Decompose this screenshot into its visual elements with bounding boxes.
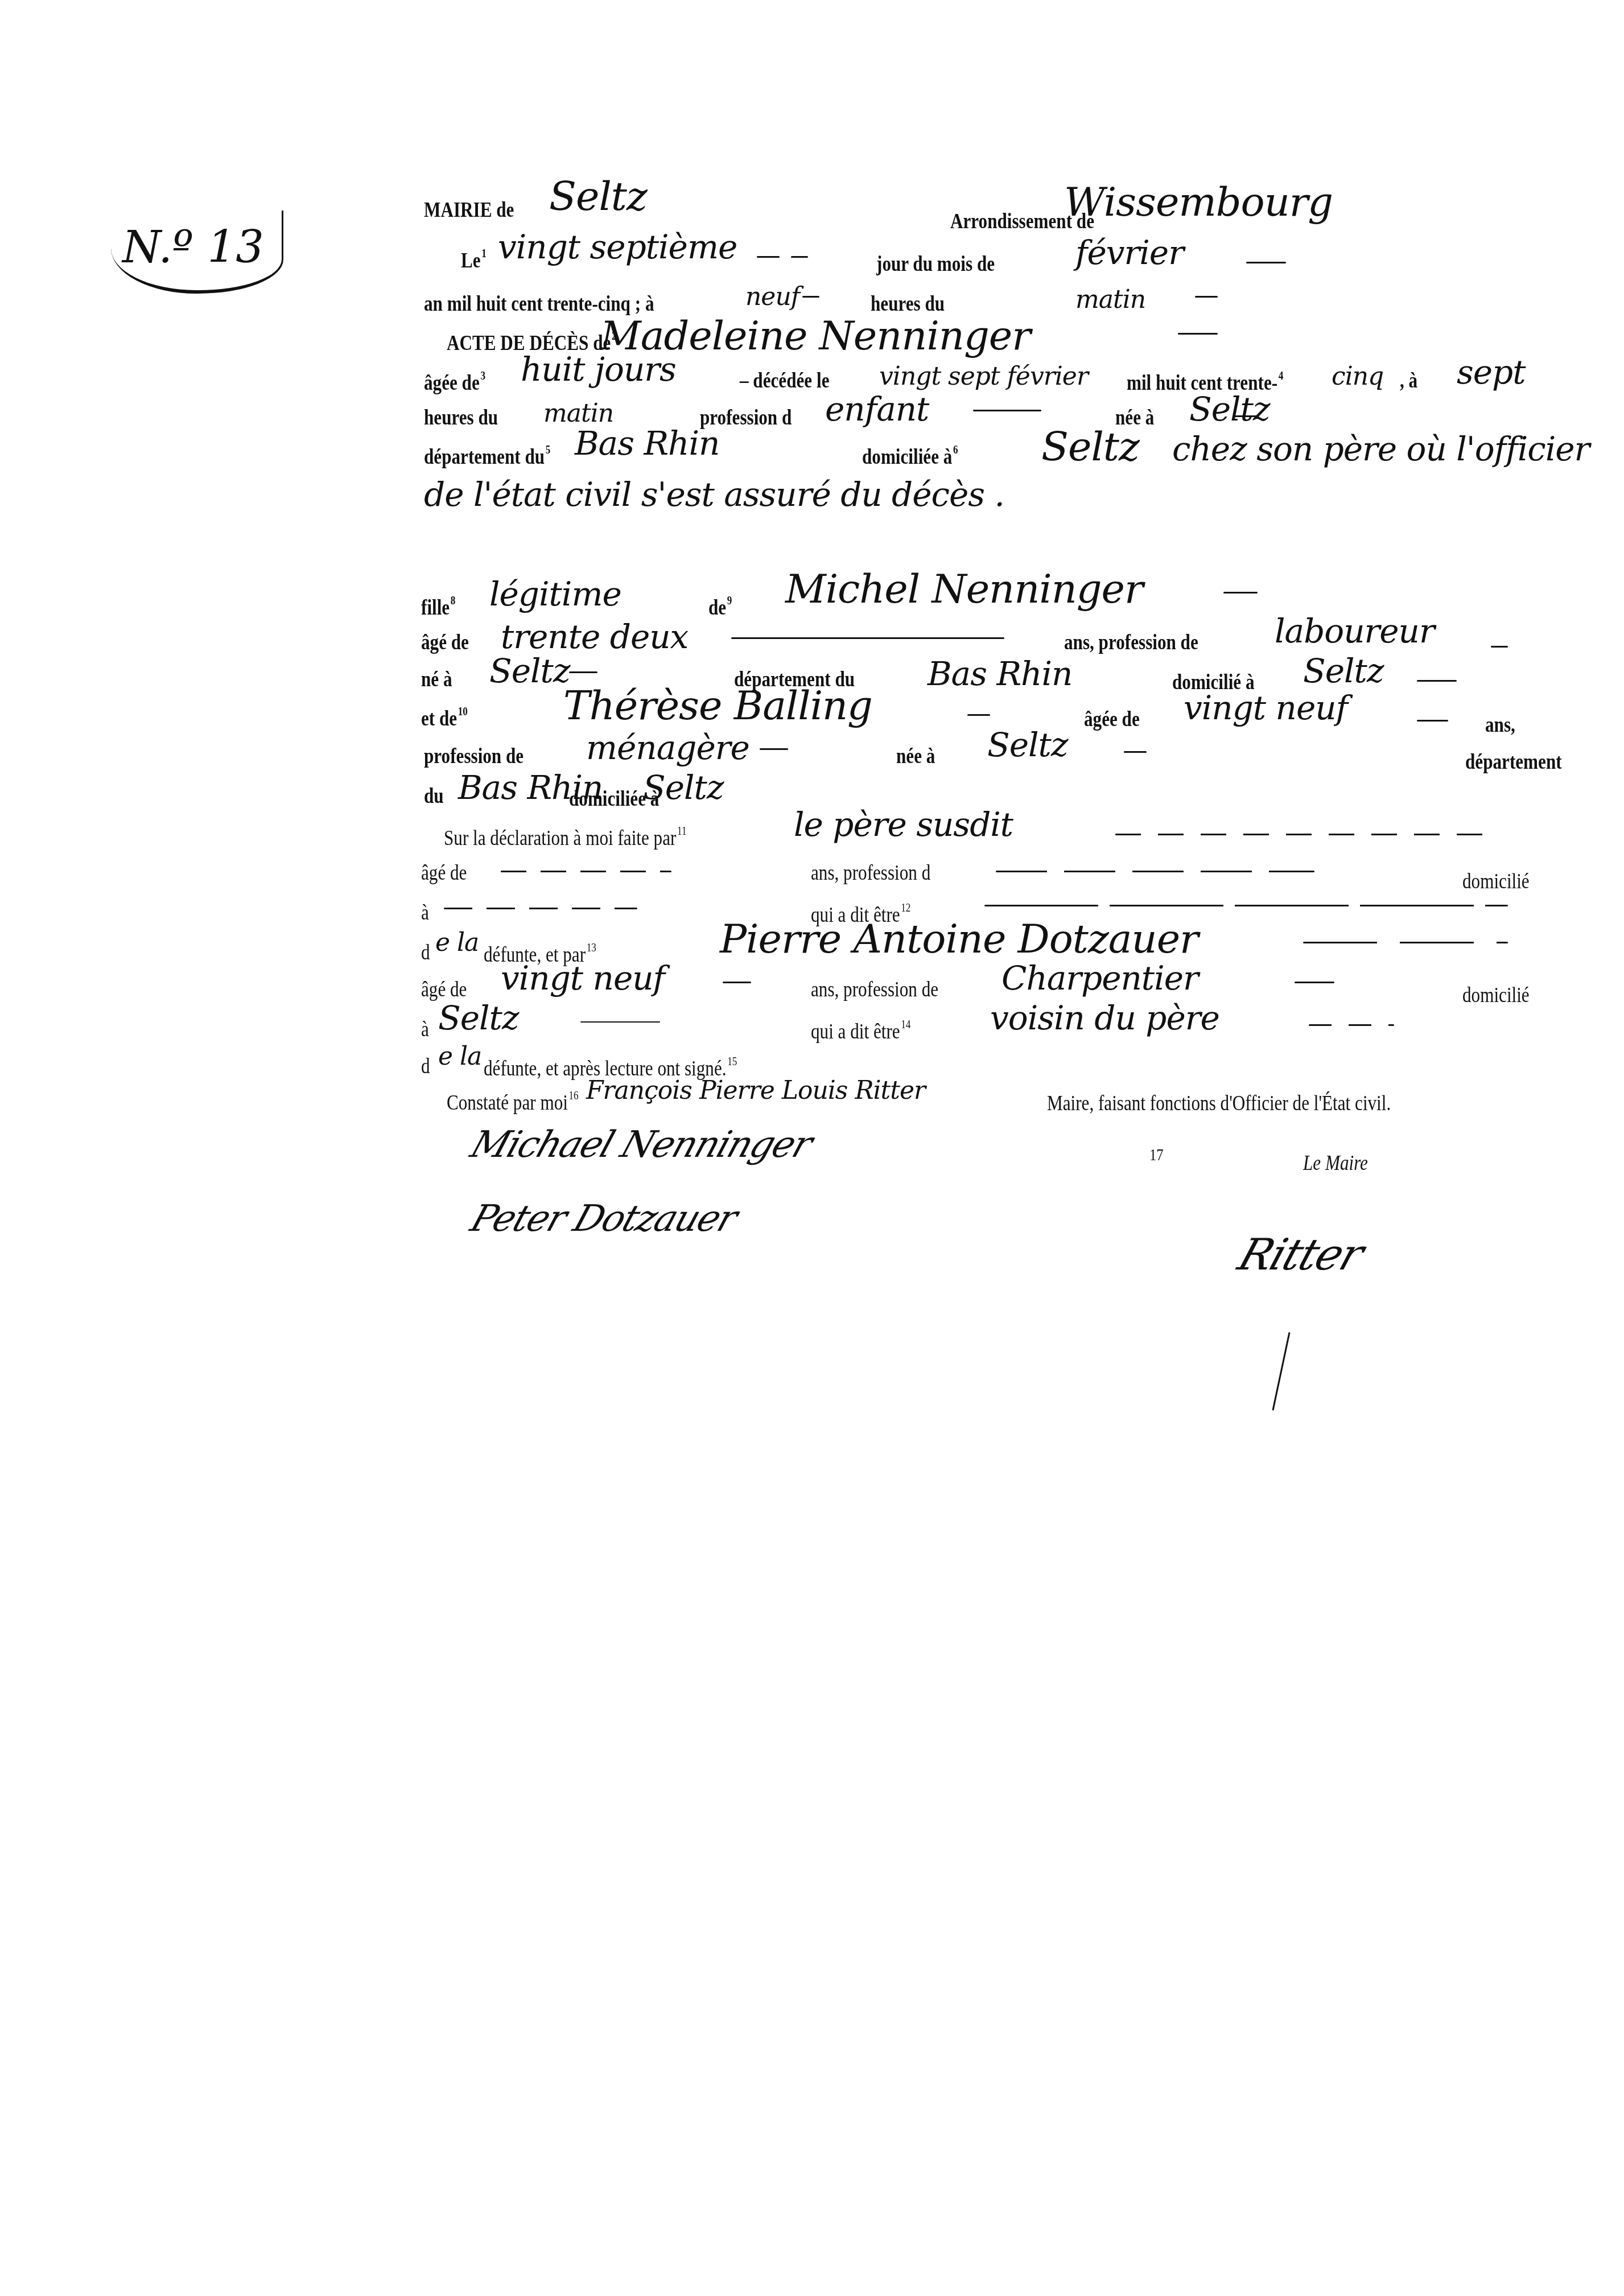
closing-d-label: d (421, 1056, 430, 1077)
signature-flourish (1272, 1332, 1290, 1411)
declarant-value: le père susdit (794, 808, 1013, 841)
a-label: , à (1400, 370, 1417, 391)
filler-dash (984, 905, 1508, 906)
father-profession-label: ans, profession de (1064, 632, 1198, 653)
mairie-label: MAIRIE de (424, 199, 514, 221)
mother-age-value: vingt neuf (1184, 691, 1347, 724)
filler-dash (791, 256, 808, 258)
jour-label: jour du mois de (876, 253, 995, 275)
filler-dash (1223, 592, 1258, 593)
filler-dash (1303, 942, 1508, 943)
father-signature: Michael Nenninger (465, 1124, 817, 1166)
domicile-label: domiciliée à6 (862, 444, 959, 468)
filler-dash (973, 410, 1041, 411)
filler-dash (444, 908, 637, 909)
officer-name: François Pierre Louis Ritter (586, 1078, 925, 1103)
mother-du-label: du (424, 785, 444, 807)
father-departement-value: Bas Rhin (928, 657, 1072, 690)
birthplace-value: Seltz (1189, 393, 1269, 426)
heure-label: heures du (871, 293, 945, 315)
filler-dash (1124, 751, 1147, 753)
witness-domicile-value: Seltz (438, 1001, 518, 1034)
filler-dash (1417, 680, 1457, 682)
father-age-label: âgé de (421, 632, 469, 653)
filler-dash (967, 714, 990, 716)
witness-relation-value: voisin du père (990, 1001, 1219, 1034)
witness-profession-label: ans, profession de (811, 979, 938, 1000)
death-date-value: vingt sept février (879, 364, 1088, 389)
profession-value: enfant (825, 393, 929, 426)
witness-a-label: à (421, 1019, 429, 1040)
filler-dash (1178, 333, 1218, 335)
mother-profession-label: profession de (424, 745, 524, 767)
declaration-label: Sur la déclaration à moi faite par11 (444, 825, 687, 849)
father-profession-value: laboureur (1275, 615, 1435, 648)
constate-label: Constaté par moi16 (447, 1090, 579, 1114)
filler-dash (723, 982, 751, 983)
witness-d-label: d (421, 942, 430, 963)
witness-signature: Peter Dotzauer (465, 1198, 742, 1240)
death-period-value: matin (543, 401, 613, 426)
domicile-note: chez son père où l'officier (1172, 432, 1589, 465)
witness-d-value: e la (435, 930, 479, 955)
footnote-17: 17 (1149, 1147, 1164, 1164)
hour-value: neuf (745, 285, 799, 310)
day-value: vingt septième (498, 230, 737, 263)
death-year-value: cinq (1332, 364, 1383, 389)
filler-dash (1246, 262, 1286, 263)
closing-d-value: e la (438, 1044, 481, 1069)
le-label: Le1 (461, 248, 487, 271)
filler-dash (1295, 982, 1334, 983)
filler-dash (1195, 296, 1218, 298)
note-continuation: de l'état civil s'est assuré du décès . (424, 478, 1004, 511)
filler-dash (757, 256, 780, 258)
filler-dash (580, 1021, 660, 1023)
mother-label: et de10 (421, 706, 469, 729)
filler-dash (802, 296, 819, 298)
father-domicile-value: Seltz (1303, 654, 1383, 687)
age-value: huit jours (521, 353, 676, 386)
death-hour-value: sept (1457, 356, 1526, 389)
legitimacy-value: légitime (489, 578, 621, 611)
father-birth-label: né à (421, 669, 452, 690)
mother-ans-label: ans, (1485, 714, 1515, 736)
declarant-domicile-label: domicilié (1462, 871, 1530, 892)
declarant-age-label: âgé de (421, 862, 467, 884)
filler-dash (996, 871, 1314, 872)
filler-dash (760, 748, 788, 750)
month-value: février (1075, 236, 1184, 269)
witness-age-value: vingt neuf (501, 962, 665, 995)
record-number-badge: N.º 13 (105, 211, 293, 296)
filler-dash (1235, 415, 1258, 417)
mother-domicile-value: Seltz (643, 771, 723, 804)
death-record-page: N.º 13 MAIRIE de Seltz Arrondissement de… (0, 0, 1624, 2296)
witness-profession-value: Charpentier (1001, 962, 1198, 995)
mother-birthplace-value: Seltz (987, 728, 1067, 761)
filler-dash (1491, 646, 1508, 648)
witness-name: Pierre Antoine Dotzauer (720, 919, 1198, 959)
record-number: N.º 13 (122, 222, 264, 273)
age-label: âgée de3 (424, 370, 487, 394)
departement-value: Bas Rhin (575, 427, 719, 460)
mairie-value: Seltz (549, 176, 647, 216)
fille-label: fille8 (421, 595, 456, 619)
declarant-profession-label: ans, profession d (811, 862, 930, 884)
declarant-a-label: à (421, 902, 429, 924)
decede-label: – décédée le (740, 370, 829, 391)
heures-label: heures du (424, 407, 498, 428)
mother-profession-value: ménagère (586, 731, 749, 764)
mother-age-label: âgée de (1084, 708, 1140, 730)
maire-signature-block: Ritter (1240, 1189, 1388, 1371)
witness-age-label: âgé de (421, 979, 467, 1000)
witness-domicile-label: domicilié (1462, 984, 1530, 1006)
mother-name: Thérèse Balling (563, 686, 872, 726)
filler-dash (1115, 834, 1491, 835)
arrondissement-value: Wissembourg (1064, 182, 1333, 222)
father-age-value: trente deux (501, 620, 688, 653)
filler-dash (1309, 1024, 1394, 1026)
filler-dash (731, 637, 1004, 639)
filler-dash (569, 671, 597, 673)
de-label: de9 (708, 595, 733, 619)
mother-nee-label: née à (896, 745, 935, 767)
filler-dash (501, 871, 671, 872)
constate-text: Maire, faisant fonctions d'Officier de l… (1047, 1093, 1391, 1114)
period-value: matin (1075, 287, 1145, 312)
maire-signature: Ritter (1233, 1229, 1370, 1280)
departement-label: département du5 (424, 444, 551, 468)
le-maire-label: Le Maire (1303, 1152, 1368, 1174)
father-birthplace-value: Seltz (489, 654, 570, 687)
father-name: Michel Nenninger (785, 569, 1143, 609)
mother-departement-label: département (1465, 751, 1562, 773)
domicile-value: Seltz (1041, 427, 1139, 467)
filler-dash (1417, 720, 1448, 722)
year-text: an mil huit cent trente-cinq ; à (424, 293, 654, 315)
witness-relation-label: qui a dit être14 (811, 1019, 912, 1042)
